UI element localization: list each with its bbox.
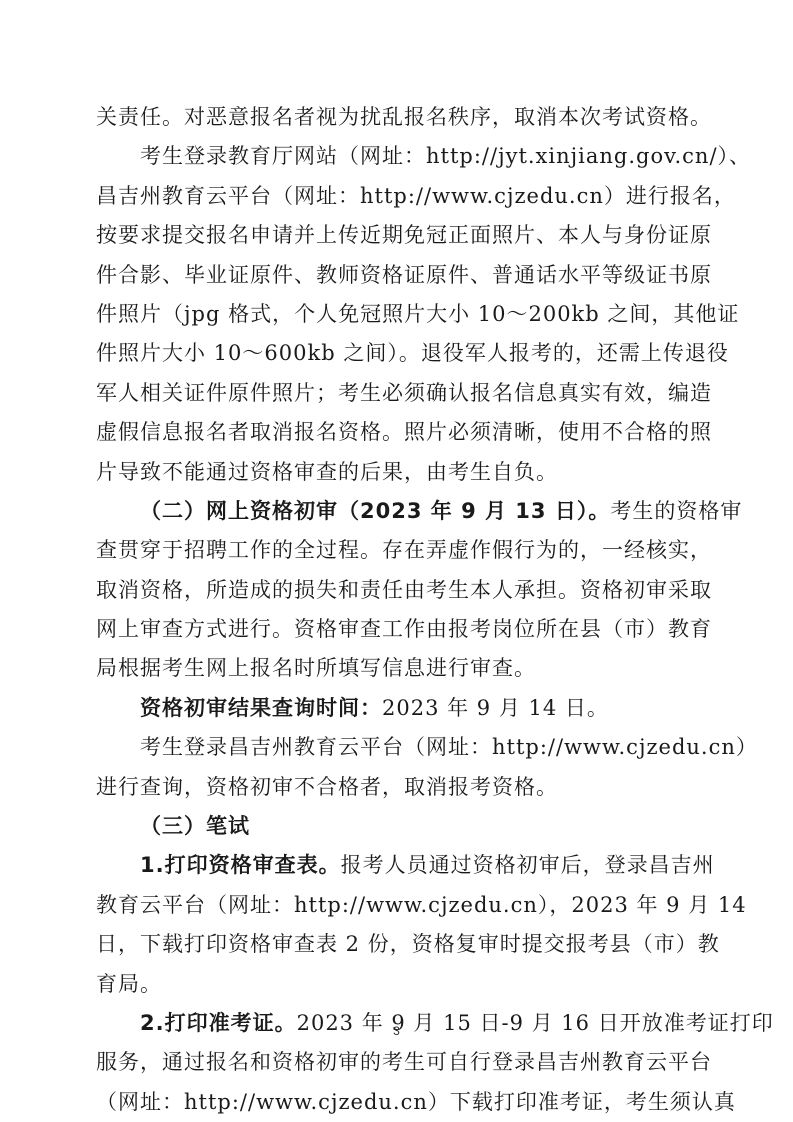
paragraph-line: 昌吉州教育云平台（网址：http://www.cjzedu.cn）进行报名， — [96, 180, 700, 219]
paragraph-line: 局根据考生网上报名时所填写信息进行审查。 — [96, 652, 700, 691]
paragraph-line: 件合影、毕业证原件、教师资格证原件、普通话水平等级证书原 — [96, 259, 700, 298]
paragraph-line: 查贯穿于招聘工作的全过程。存在弄虚作假行为的，一经核实， — [96, 534, 700, 573]
page-number: 3 — [0, 1024, 793, 1038]
section-heading-written-exam: （三）笔试 — [140, 814, 250, 838]
list-item-heading-print-review-form: 1.打印资格审查表。 — [140, 853, 341, 877]
paragraph-line: 育局。 — [96, 968, 700, 1007]
section-heading-line: （二）网上资格初审（2023 年 9 月 13 日）。考生的资格审 — [96, 495, 700, 534]
paragraph-line: （网址：http://www.cjzedu.cn）下载打印准考证，考生须认真 — [96, 1086, 700, 1122]
paragraph-line: 按要求提交报名申请并上传近期免冠正面照片、本人与身份证原 — [96, 219, 700, 258]
paragraph-line: 服务，通过报名和资格初审的考生可自行登录昌吉州教育云平台 — [96, 1046, 700, 1085]
paragraph-line: 考生登录昌吉州教育云平台（网址：http://www.cjzedu.cn） — [96, 731, 700, 770]
list-item-line: 1.打印资格审查表。报考人员通过资格初审后，登录昌吉州 — [96, 849, 700, 888]
paragraph-line: 军人相关证件原件照片；考生必须确认报名信息真实有效，编造 — [96, 377, 700, 416]
paragraph-line: 片导致不能通过资格审查的后果，由考生自负。 — [96, 456, 700, 495]
paragraph-text: 报考人员通过资格初审后，登录昌吉州 — [341, 853, 715, 877]
paragraph-line: 取消资格，所造成的损失和责任由考生本人承担。资格初审采取 — [96, 574, 700, 613]
paragraph-line: 件照片大小 10～600kb 之间）。退役军人报考的，还需上传退役 — [96, 337, 700, 376]
paragraph-line: 进行查询，资格初审不合格者，取消报考资格。 — [96, 771, 700, 810]
paragraph-line: 关责任。对恶意报名者视为扰乱报名秩序，取消本次考试资格。 — [96, 101, 700, 140]
section-heading-online-review: （二）网上资格初审（2023 年 9 月 13 日）。 — [140, 499, 610, 523]
paragraph-text: 考生的资格审 — [610, 499, 742, 523]
result-query-date: 2023 年 9 月 14 日。 — [382, 696, 609, 720]
paragraph-line: 教育云平台（网址：http://www.cjzedu.cn），2023 年 9 … — [96, 889, 700, 928]
result-query-line: 资格初审结果查询时间：2023 年 9 月 14 日。 — [96, 692, 700, 731]
paragraph-line: 虚假信息报名者取消报名资格。照片必须清晰，使用不合格的照 — [96, 416, 700, 455]
paragraph-line: 考生登录教育厅网站（网址：http://jyt.xinjiang.gov.cn/… — [96, 140, 700, 179]
paragraph-line: 网上审查方式进行。资格审查工作由报考岗位所在县（市）教育 — [96, 613, 700, 652]
document-body: 关责任。对恶意报名者视为扰乱报名秩序，取消本次考试资格。 考生登录教育厅网站（网… — [96, 101, 700, 1122]
section-heading-line: （三）笔试 — [96, 810, 700, 849]
result-query-label: 资格初审结果查询时间： — [140, 696, 382, 720]
paragraph-line: 日，下载打印资格审查表 2 份，资格复审时提交报考县（市）教 — [96, 928, 700, 967]
paragraph-line: 件照片（jpg 格式，个人免冠照片大小 10～200kb 之间，其他证 — [96, 298, 700, 337]
